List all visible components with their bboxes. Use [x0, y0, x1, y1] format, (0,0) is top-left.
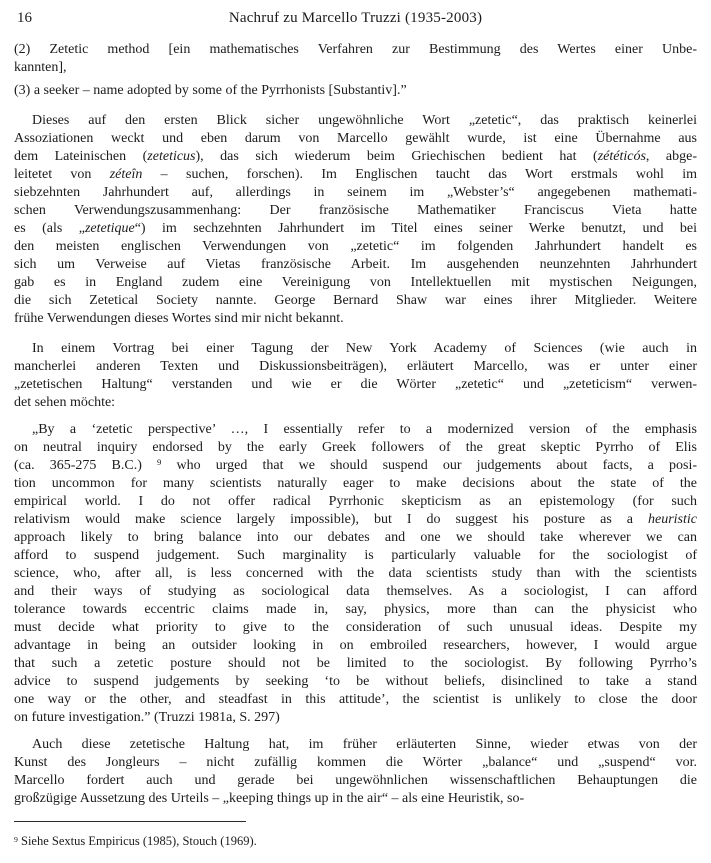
paragraph: In einem Vortrag bei einer Tagung der Ne… [14, 340, 697, 412]
text-line: Auch diese zetetische Haltung hat, im fr… [14, 736, 697, 754]
block-quote: „By a ‘zetetic perspective’ …, I essenti… [14, 421, 697, 727]
text-line: advantage in being an outsider looking i… [14, 637, 697, 655]
footnote-text-container: 9 Siehe Sextus Empiricus (1985), Stouch … [14, 833, 697, 849]
text-line: (ca. 365-275 B.C.) 9 who urged that we s… [14, 457, 697, 475]
text-line: frühe Verwendungen dieses Wortes sind mi… [14, 310, 697, 328]
text-line: Dieses auf den ersten Blick sicher ungew… [14, 112, 697, 130]
text-line: dem Lateinischen (zeteticus), das sich w… [14, 148, 697, 166]
text-line: that such a zetetic posture should not b… [14, 655, 697, 673]
text-line: den meisten englischen Verwendungen von … [14, 238, 697, 256]
text-line: and their ways of studying as sociologic… [14, 583, 697, 601]
list-item: (2) Zetetic method [ein mathematisches V… [14, 41, 697, 77]
text-line: approach likely to bring balance into ou… [14, 529, 697, 547]
document-body: (2) Zetetic method [ein mathematisches V… [14, 41, 697, 808]
text-line: one way or the other, and steadfast in t… [14, 691, 697, 709]
page-title: Nachruf zu Marcello Truzzi (1935-2003) [14, 8, 697, 28]
text-line: schen Verwendungszusammenhang: Der franz… [14, 202, 697, 220]
text-line: relativism would make science largely im… [14, 511, 697, 529]
text-line: mancherlei anderen Texten und Diskussion… [14, 358, 697, 376]
paragraph: Dieses auf den ersten Blick sicher ungew… [14, 112, 697, 328]
text-line: afford to suspend judgement. Such margin… [14, 547, 697, 565]
text-line: on neutral inquiry endorsed by the early… [14, 439, 697, 457]
footnote-section: 9 Siehe Sextus Empiricus (1985), Stouch … [14, 821, 697, 849]
text-line: tion uncommon for many scientists natura… [14, 475, 697, 493]
text-line: sich um Verweise auf Vietas französische… [14, 256, 697, 274]
document-page: 16 Nachruf zu Marcello Truzzi (1935-2003… [0, 0, 711, 863]
text-line: (3) a seeker – name adopted by some of t… [14, 82, 697, 100]
page-number: 16 [17, 8, 32, 28]
text-line: „zetetischen Haltung“ verstanden und wie… [14, 376, 697, 394]
footnote-separator-rule [14, 821, 246, 822]
text-line: In einem Vortrag bei einer Tagung der Ne… [14, 340, 697, 358]
text-line: on future investigation.” (Truzzi 1981a,… [14, 709, 697, 727]
page-header: 16 Nachruf zu Marcello Truzzi (1935-2003… [14, 8, 697, 28]
text-line: es (als „zetetique“) im sechzehnten Jahr… [14, 220, 697, 238]
text-line: Assoziationen weckt und eben darum von M… [14, 130, 697, 148]
text-line: „By a ‘zetetic perspective’ …, I essenti… [14, 421, 697, 439]
footnote-text: 9 Siehe Sextus Empiricus (1985), Stouch … [14, 833, 697, 849]
text-line: det sehen möchte: [14, 394, 697, 412]
text-line: kannten], [14, 59, 697, 77]
text-line: Marcello fordert auch und gerade bei ung… [14, 772, 697, 790]
text-line: advice to suspend judgements by seeking … [14, 673, 697, 691]
list-item: (3) a seeker – name adopted by some of t… [14, 82, 697, 100]
text-line: gab es in England zudem eine Vereinigung… [14, 274, 697, 292]
text-line: Kunst des Jongleurs – nicht zufällig kom… [14, 754, 697, 772]
text-line: siebzehnten Jahrhundert auf, allerdings … [14, 184, 697, 202]
text-line: empirical world. I do not offer radical … [14, 493, 697, 511]
text-line: großzügige Aussetzung des Urteils – „kee… [14, 790, 697, 808]
text-line: must decide what priority to give to the… [14, 619, 697, 637]
text-line: die sich Zetetical Society nannte. Georg… [14, 292, 697, 310]
text-line: science, who, after all, is less concern… [14, 565, 697, 583]
paragraph: Auch diese zetetische Haltung hat, im fr… [14, 736, 697, 808]
text-line: tolerance towards eccentric claims made … [14, 601, 697, 619]
text-line: (2) Zetetic method [ein mathematisches V… [14, 41, 697, 59]
text-line: leitetet von zéteîn – suchen, forschen).… [14, 166, 697, 184]
